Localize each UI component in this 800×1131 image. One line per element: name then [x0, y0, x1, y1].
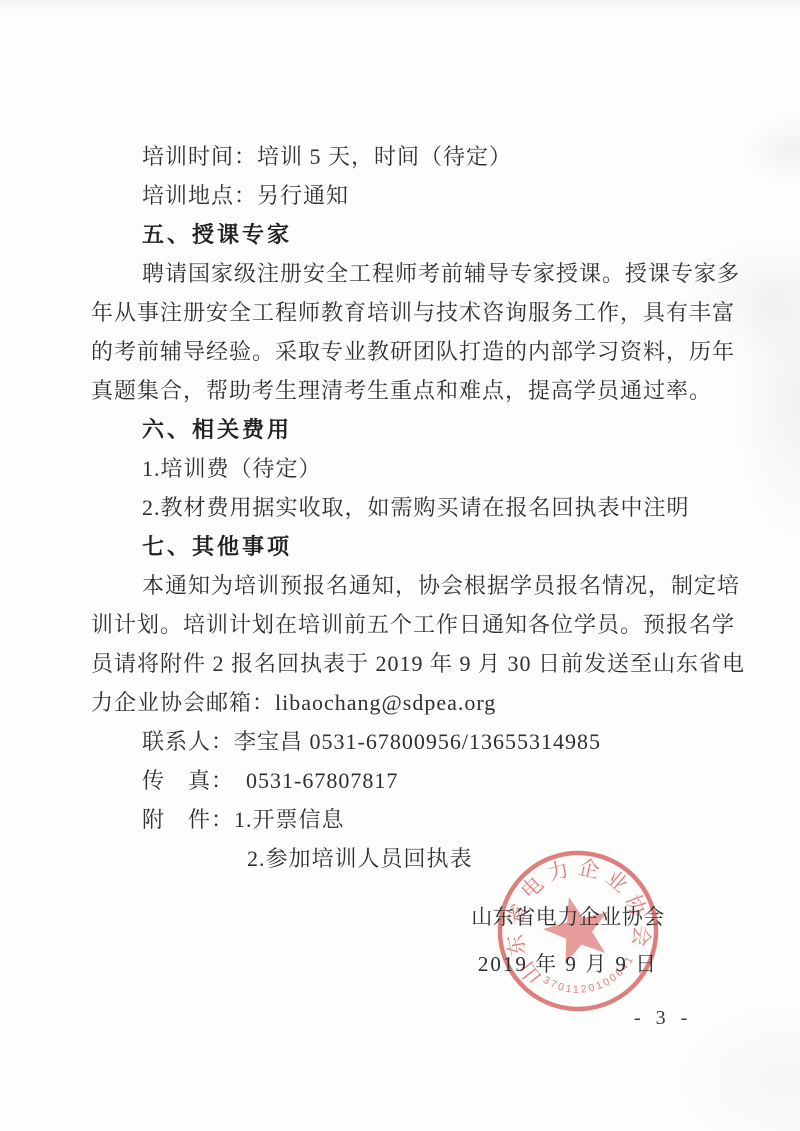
doc-line-fee-2: 2.教材费用据实收取，如需购买请在报名回执表中注明	[91, 488, 751, 527]
section-heading-5: 五、授课专家	[91, 215, 751, 254]
signature-block: 山东省电力企业协会 2019 年 9 月 9 日	[418, 900, 718, 980]
section-heading-6: 六、相关费用	[91, 410, 751, 449]
doc-line: 真题集合，帮助考生理清考生重点和难点，提高学员通过率。	[91, 371, 751, 410]
doc-line-attachment-1: 附 件：1.开票信息	[91, 800, 751, 839]
doc-line: 的考前辅导经验。采取专业教研团队打造的内部学习资料，历年	[91, 332, 751, 371]
doc-line-training-place: 培训地点：另行通知	[91, 176, 751, 215]
doc-line: 本通知为培训预报名通知，协会根据学员报名情况，制定培	[91, 566, 751, 605]
doc-line-fax: 传 真： 0531-67807817	[91, 761, 751, 800]
doc-line: 聘请国家级注册安全工程师考前辅导专家授课。授课专家多	[91, 254, 751, 293]
doc-line-attachment-2: 2.参加培训人员回执表	[91, 839, 751, 878]
doc-line-training-time: 培训时间：培训 5 天，时间（待定）	[91, 137, 751, 176]
document-page: 培训时间：培训 5 天，时间（待定） 培训地点：另行通知 五、授课专家 聘请国家…	[0, 0, 800, 1131]
page-number: - 3 -	[634, 1007, 692, 1030]
doc-line: 年从事注册安全工程师教育培训与技术咨询服务工作，具有丰富	[91, 293, 751, 332]
signature-date: 2019 年 9 月 9 日	[418, 948, 718, 980]
doc-line: 员请将附件 2 报名回执表于 2019 年 9 月 30 日前发送至山东省电	[91, 644, 751, 683]
doc-line-fee-1: 1.培训费（待定）	[91, 449, 751, 488]
section-heading-7: 七、其他事项	[91, 527, 751, 566]
signature-organization: 山东省电力企业协会	[418, 900, 718, 934]
doc-line-email: 力企业协会邮箱：libaochang@sdpea.org	[91, 683, 751, 722]
doc-line: 训计划。培训计划在培训前五个工作日通知各位学员。预报名学	[91, 605, 751, 644]
document-body: 培训时间：培训 5 天，时间（待定） 培训地点：另行通知 五、授课专家 聘请国家…	[91, 137, 751, 878]
doc-line-contact: 联系人：李宝昌 0531-67800956/13655314985	[91, 722, 751, 761]
